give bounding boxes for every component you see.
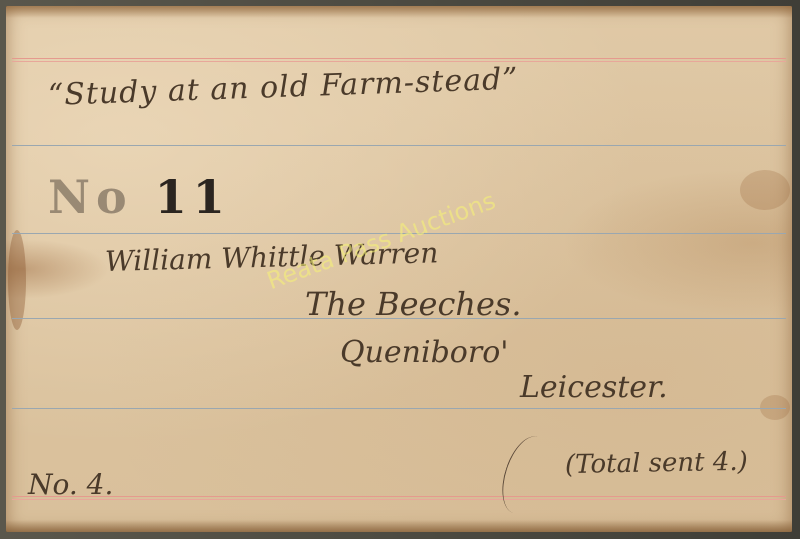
address-line-1: The Beeches. (305, 285, 522, 323)
address-line-2: Queniboro' (340, 335, 509, 370)
number-value: 11 (155, 170, 231, 224)
total-sent-note: (Total sent 4.) (565, 447, 748, 480)
number-prefix: No (48, 170, 133, 224)
blue-rule (12, 145, 786, 146)
bottom-left-number: No. 4. (28, 468, 113, 501)
card-number: No 11 (48, 170, 231, 224)
address-line-3: Leicester. (520, 370, 668, 405)
blue-rule (12, 408, 786, 409)
card-bottom-edge-stain (6, 520, 792, 532)
stain (8, 230, 26, 330)
red-rule-bottom (12, 496, 786, 497)
red-rule-top (12, 58, 786, 59)
card-top-edge-stain (6, 6, 792, 18)
stain (740, 170, 790, 210)
